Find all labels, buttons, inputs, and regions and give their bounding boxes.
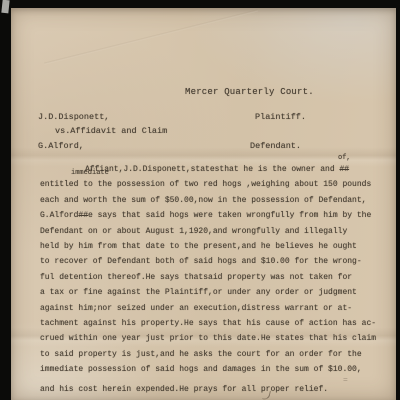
affidavit-line: ful detention thereof.He says thatsaid p… (40, 270, 385, 285)
scanned-document: Mercer Quarterly Court. J.D.Disponett, P… (0, 0, 400, 400)
affidavit-line: crued within one year just prior to this… (40, 331, 385, 346)
affidavit-line: Defendant on or about August 1,1920,and … (40, 224, 385, 239)
affidavit-line: a tax or fine against the Plaintiff,or u… (40, 285, 385, 300)
affidavit-line: G.Alford##e says that said hogs were tak… (40, 208, 385, 223)
affidavit-line: against him;nor seized under an executio… (40, 301, 385, 316)
affidavit-line: immediate possession of said hogs and da… (40, 362, 385, 377)
affidavit-line: each and worth the sum of $50.00,now in … (40, 193, 385, 208)
inserted-word-of: of, (338, 154, 351, 162)
struck-text: ## (78, 211, 88, 220)
court-title: Mercer Quarterly Court. (185, 87, 314, 97)
struck-text: ## (339, 165, 349, 174)
stray-pen-mark (262, 389, 271, 400)
affidavit-line: to said property is just,and he asks the… (40, 347, 385, 362)
plaintiff-label: Plaintiff. (255, 112, 306, 122)
affidavit-line: Affiant,J.D.Disponett,statesthat he is t… (40, 162, 385, 177)
plaintiff-name: J.D.Disponett, (38, 112, 109, 122)
paper-crease (44, 9, 258, 64)
affidavit-line: entitled to the possession of two red ho… (40, 177, 385, 192)
affidavit-line: held by him from that date to the presen… (40, 239, 385, 254)
stray-faint-mark: = (343, 376, 348, 385)
paper-sheet: Mercer Quarterly Court. J.D.Disponett, P… (11, 8, 396, 400)
affidavit-body: Affiant,J.D.Disponett,statesthat he is t… (40, 162, 385, 397)
defendant-name: G.Alford, (38, 141, 84, 151)
affidavit-line: tachment against his property.He says th… (40, 316, 385, 331)
affidavit-line: and his cost herein expended.He prays fo… (40, 382, 385, 397)
affidavit-line: to recover of Defendant both of said hog… (40, 254, 385, 269)
case-caption: vs.Affidavit and Claim (55, 126, 167, 136)
scanner-corner-glint (1, 0, 9, 13)
defendant-label: Defendant. (250, 141, 301, 151)
